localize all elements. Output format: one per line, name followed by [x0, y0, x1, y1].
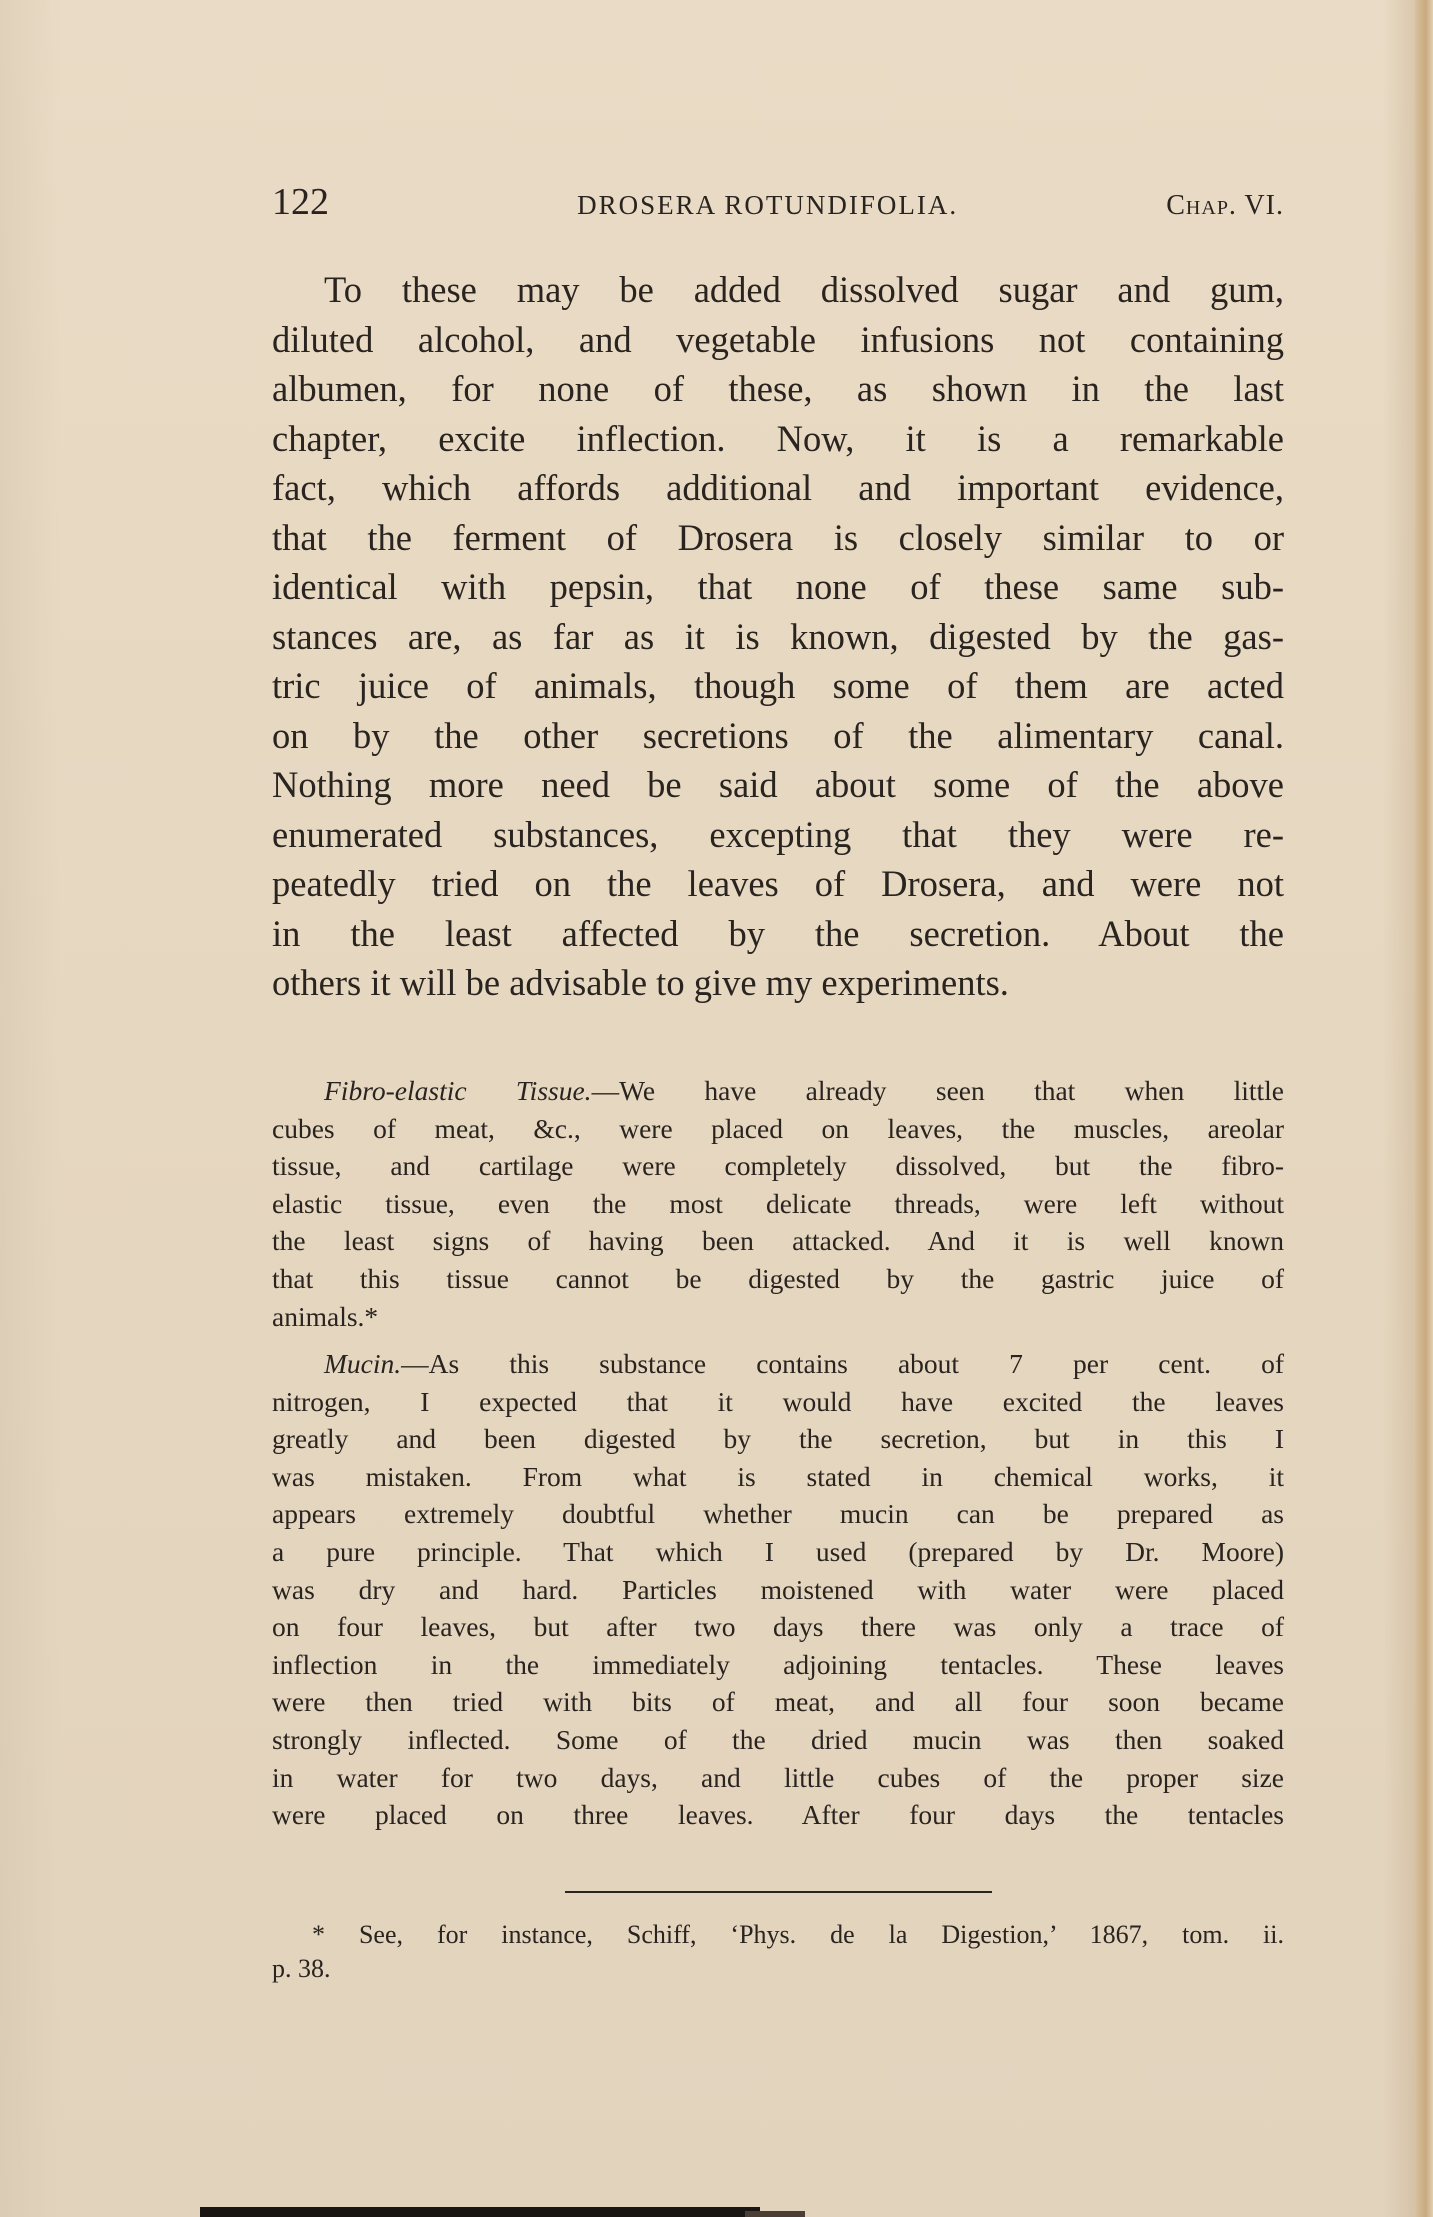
text-line: a pure principle. That which I used (pre…: [272, 1533, 1284, 1571]
text-line: strongly inflected. Some of the dried mu…: [272, 1721, 1284, 1759]
page-edge-shadow: [1415, 0, 1433, 2217]
text-line: chapter, excite inflection. Now, it is a…: [272, 414, 1284, 464]
text-line: To these may be added dissolved sugar an…: [272, 265, 1284, 315]
text-line: others it will be advisable to give my e…: [272, 958, 1284, 1008]
text-line: Mucin.—As this substance contains about …: [272, 1345, 1284, 1383]
text-line: Fibro-elastic Tissue.—We have already se…: [272, 1072, 1284, 1110]
text-line: in water for two days, and little cubes …: [272, 1759, 1284, 1797]
book-title: DROSERA ROTUNDIFOLIA.: [577, 190, 958, 221]
text-line: albumen, for none of these, as shown in …: [272, 364, 1284, 414]
text-line: nitrogen, I expected that it would have …: [272, 1383, 1284, 1421]
scan-artifact-bar: [200, 2207, 760, 2217]
text-line: stances are, as far as it is known, dige…: [272, 612, 1284, 662]
text-line: the least signs of having been attacked.…: [272, 1222, 1284, 1260]
page-number: 122: [272, 180, 329, 224]
text-line: were placed on three leaves. After four …: [272, 1796, 1284, 1834]
text-line: that the ferment of Drosera is closely s…: [272, 513, 1284, 563]
text-line: identical with pepsin, that none of thes…: [272, 562, 1284, 612]
running-head: 122 DROSERA ROTUNDIFOLIA. Chap. VI.: [272, 180, 1284, 230]
fibro-elastic-paragraph: Fibro-elastic Tissue.—We have already se…: [272, 1072, 1284, 1335]
text-run: —As this substance contains about 7 per …: [401, 1348, 1284, 1379]
main-paragraph: To these may be added dissolved sugar an…: [272, 265, 1284, 1008]
text-line: on four leaves, but after two days there…: [272, 1608, 1284, 1646]
text-line: inflection in the immediately adjoining …: [272, 1646, 1284, 1684]
footnote: * See, for instance, Schiff, ‘Phys. de l…: [272, 1918, 1284, 1986]
text-line: elastic tissue, even the most delicate t…: [272, 1185, 1284, 1223]
scan-artifact-bar: [745, 2211, 805, 2217]
text-line: cubes of meat, &c., were placed on leave…: [272, 1110, 1284, 1148]
text-run: —We have already seen that when little: [592, 1075, 1284, 1106]
text-line: tric juice of animals, though some of th…: [272, 661, 1284, 711]
chapter-label: Chap. VI.: [1166, 190, 1284, 222]
section-heading: Mucin.: [324, 1348, 401, 1379]
footnote-line: * See, for instance, Schiff, ‘Phys. de l…: [272, 1918, 1284, 1952]
text-line: was dry and hard. Particles moistened wi…: [272, 1571, 1284, 1609]
text-line: that this tissue cannot be digested by t…: [272, 1260, 1284, 1298]
text-line: peatedly tried on the leaves of Drosera,…: [272, 859, 1284, 909]
text-line: greatly and been digested by the secreti…: [272, 1420, 1284, 1458]
mucin-paragraph: Mucin.—As this substance contains about …: [272, 1345, 1284, 1834]
text-line: were then tried with bits of meat, and a…: [272, 1683, 1284, 1721]
text-line: diluted alcohol, and vegetable infusions…: [272, 315, 1284, 365]
text-line: Nothing more need be said about some of …: [272, 760, 1284, 810]
text-line: was mistaken. From what is stated in che…: [272, 1458, 1284, 1496]
footnote-divider: [565, 1891, 992, 1893]
footnote-line: p. 38.: [272, 1952, 1284, 1986]
text-line: fact, which affords additional and impor…: [272, 463, 1284, 513]
text-line: tissue, and cartilage were completely di…: [272, 1147, 1284, 1185]
text-line: animals.*: [272, 1298, 1284, 1336]
text-line: in the least affected by the secretion. …: [272, 909, 1284, 959]
text-line: enumerated substances, excepting that th…: [272, 810, 1284, 860]
text-line: on by the other secretions of the alimen…: [272, 711, 1284, 761]
text-line: appears extremely doubtful whether mucin…: [272, 1495, 1284, 1533]
scanned-page: 122 DROSERA ROTUNDIFOLIA. Chap. VI. To t…: [0, 0, 1433, 2217]
section-heading: Fibro-elastic Tissue.: [324, 1075, 592, 1106]
